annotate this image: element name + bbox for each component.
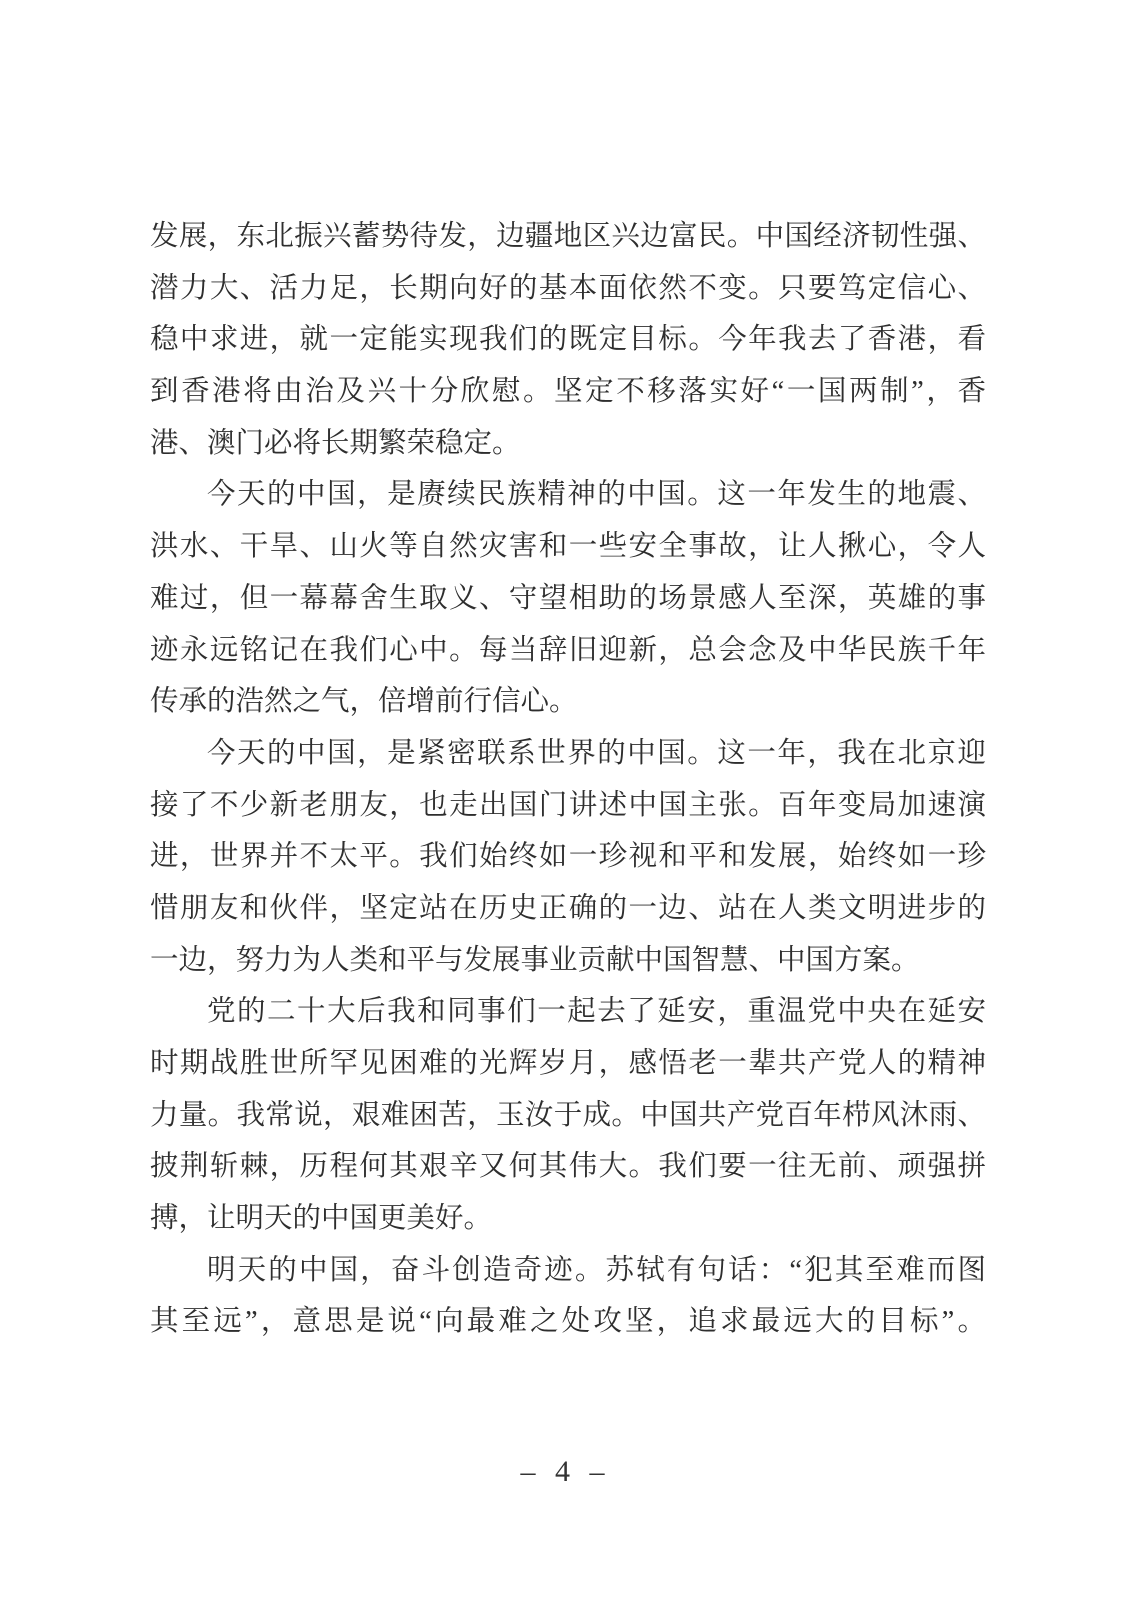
- paragraph: 今天的中国，是赓续民族精神的中国。这一年发生的地震、 洪水、干旱、山火等自然灾害…: [150, 469, 986, 727]
- text-line: 洪水、干旱、山火等自然灾害和一些安全事故，让人揪心，令人: [150, 521, 986, 573]
- text-line: 搏，让明天的中国更美好。: [150, 1193, 986, 1245]
- text-line: 明天的中国，奋斗创造奇迹。苏轼有句话：“犯其至难而图: [150, 1245, 986, 1297]
- paragraph: 明天的中国，奋斗创造奇迹。苏轼有句话：“犯其至难而图 其至远”，意思是说“向最难…: [150, 1245, 986, 1348]
- page-number: – 4 –: [0, 1452, 1131, 1492]
- text-line: 今天的中国，是赓续民族精神的中国。这一年发生的地震、: [150, 469, 986, 521]
- text-line: 进，世界并不太平。我们始终如一珍视和平和发展，始终如一珍: [150, 831, 986, 883]
- text-line: 稳中求进，就一定能实现我们的既定目标。今年我去了香港，看: [150, 314, 986, 366]
- text-line: 其至远”，意思是说“向最难之处攻坚，追求最远大的目标”。: [150, 1296, 986, 1348]
- text-line: 难过，但一幕幕舍生取义、守望相助的场景感人至深，英雄的事: [150, 573, 986, 625]
- text-line: 党的二十大后我和同事们一起去了延安，重温党中央在延安: [150, 986, 986, 1038]
- text-line: 今天的中国，是紧密联系世界的中国。这一年，我在北京迎: [150, 728, 986, 780]
- text-line: 力量。我常说，艰难困苦，玉汝于成。中国共产党百年栉风沐雨、: [150, 1090, 986, 1142]
- text-line: 传承的浩然之气，倍增前行信心。: [150, 676, 986, 728]
- text-line: 港、澳门必将长期繁荣稳定。: [150, 418, 986, 470]
- text-line: 到香港将由治及兴十分欣慰。坚定不移落实好“一国两制”，香: [150, 366, 986, 418]
- paragraph: 党的二十大后我和同事们一起去了延安，重温党中央在延安 时期战胜世所罕见困难的光辉…: [150, 986, 986, 1244]
- paragraph: 今天的中国，是紧密联系世界的中国。这一年，我在北京迎 接了不少新老朋友，也走出国…: [150, 728, 986, 986]
- text-line: 披荆斩棘，历程何其艰辛又何其伟大。我们要一往无前、顽强拼: [150, 1141, 986, 1193]
- document-page: 发展，东北振兴蓄势待发，边疆地区兴边富民。中国经济韧性强、 潜力大、活力足，长期…: [0, 0, 1131, 1600]
- text-line: 惜朋友和伙伴，坚定站在历史正确的一边、站在人类文明进步的: [150, 883, 986, 935]
- text-line: 一边，努力为人类和平与发展事业贡献中国智慧、中国方案。: [150, 935, 986, 987]
- text-block: 发展，东北振兴蓄势待发，边疆地区兴边富民。中国经济韧性强、 潜力大、活力足，长期…: [150, 211, 986, 1348]
- paragraph: 发展，东北振兴蓄势待发，边疆地区兴边富民。中国经济韧性强、 潜力大、活力足，长期…: [150, 211, 986, 469]
- text-line: 接了不少新老朋友，也走出国门讲述中国主张。百年变局加速演: [150, 780, 986, 832]
- text-line: 发展，东北振兴蓄势待发，边疆地区兴边富民。中国经济韧性强、: [150, 211, 986, 263]
- text-line: 迹永远铭记在我们心中。每当辞旧迎新，总会念及中华民族千年: [150, 625, 986, 677]
- text-line: 时期战胜世所罕见困难的光辉岁月，感悟老一辈共产党人的精神: [150, 1038, 986, 1090]
- text-line: 潜力大、活力足，长期向好的基本面依然不变。只要笃定信心、: [150, 263, 986, 315]
